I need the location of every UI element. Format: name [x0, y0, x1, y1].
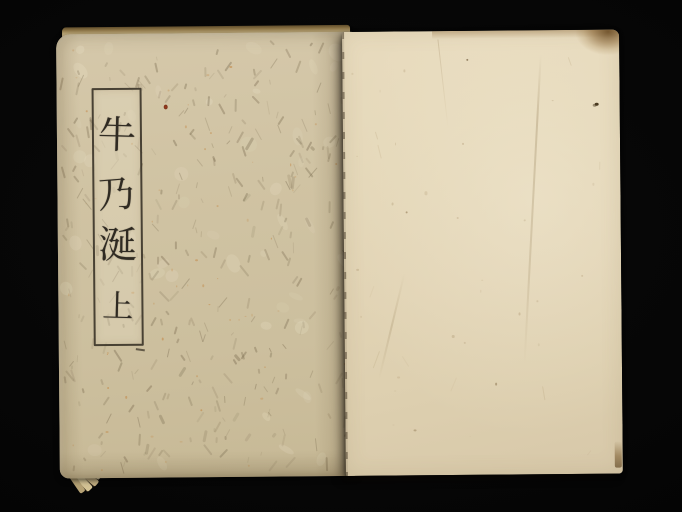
paper-fiber [393, 424, 395, 425]
paper-fiber [286, 456, 296, 467]
paper-fiber [538, 343, 541, 346]
paper-fiber [232, 412, 240, 422]
paper-fiber [151, 436, 153, 438]
paper-fiber [351, 73, 353, 74]
page-crease [437, 39, 448, 129]
paper-fiber [238, 319, 239, 321]
paper-fiber [268, 181, 284, 198]
paper-fiber [309, 42, 313, 46]
paper-fiber [209, 355, 213, 360]
paper-fiber [68, 294, 69, 297]
paper-fiber [162, 338, 164, 341]
paper-fiber [247, 219, 249, 221]
paper-fiber [192, 99, 195, 106]
paper-fiber [296, 277, 303, 287]
paper-fiber [587, 450, 591, 455]
paper-fiber [156, 214, 159, 223]
paper-fiber [217, 278, 218, 280]
paper-fiber [361, 316, 362, 318]
paper-fiber [425, 192, 427, 195]
paper-fiber [392, 203, 394, 205]
paper-fiber [135, 369, 140, 374]
paper-fiber [169, 290, 179, 301]
paper-fiber [278, 225, 284, 234]
paper-fiber [212, 143, 215, 148]
title-character-3: 涎 [99, 226, 137, 264]
paper-fiber [188, 396, 193, 406]
paper-fiber [252, 314, 253, 317]
paper-fiber [282, 344, 286, 349]
paper-fiber [196, 182, 198, 188]
paper-fiber [153, 401, 159, 411]
paper-fiber [398, 377, 400, 378]
paper-fiber [184, 249, 189, 256]
paper-fiber [327, 413, 331, 419]
paper-fiber [254, 347, 258, 354]
paper-fiber [463, 342, 465, 344]
paper-fiber [183, 84, 186, 91]
paper-fiber [201, 231, 203, 237]
paper-fiber [227, 140, 231, 144]
paper-fiber [75, 82, 79, 95]
red-stain-dot [164, 104, 168, 109]
paper-fiber [224, 94, 228, 98]
paper-fiber [107, 352, 110, 354]
paper-fiber [235, 99, 237, 112]
paper-fiber [252, 88, 261, 95]
paper-fiber [309, 311, 317, 320]
paper-fiber [231, 332, 235, 336]
paper-fiber [241, 119, 247, 125]
paper-fiber [309, 371, 313, 379]
paper-fiber [213, 247, 217, 258]
paper-fiber [302, 118, 309, 131]
paper-fiber [260, 452, 262, 456]
paper-fiber [64, 376, 67, 383]
paper-fiber [342, 378, 344, 388]
paper-fiber [104, 62, 108, 67]
paper-fiber [75, 134, 81, 147]
paper-fiber [72, 165, 77, 173]
paper-fiber [196, 159, 202, 167]
paper-fiber [186, 350, 192, 362]
paper-fiber [208, 304, 211, 306]
paper-fiber [190, 317, 195, 326]
paper-fiber [70, 222, 73, 229]
paper-fiber [187, 284, 188, 286]
paper-fiber [239, 265, 249, 277]
paper-fiber [266, 101, 270, 115]
paper-fiber [73, 49, 74, 51]
ink-speck [595, 103, 599, 106]
paper-fiber [153, 302, 154, 304]
paper-fiber [101, 469, 103, 472]
photo-stage: 牛 乃 涎 上 [0, 0, 682, 512]
paper-fiber [77, 402, 80, 407]
paper-fiber [246, 297, 250, 308]
paper-fiber [261, 321, 273, 330]
paper-fiber [213, 428, 215, 432]
title-character-1: 牛 [97, 115, 136, 154]
paper-fiber [73, 176, 79, 183]
paper-fiber [191, 382, 194, 386]
paper-fiber [519, 313, 520, 316]
paper-fiber [106, 431, 109, 433]
paper-fiber [315, 438, 318, 451]
paper-fiber [97, 432, 103, 439]
paper-fiber [171, 83, 180, 92]
paper-fiber [224, 252, 243, 274]
paper-fiber [276, 111, 279, 118]
paper-fiber [61, 235, 67, 242]
paper-fiber [61, 145, 67, 152]
paper-fiber [194, 87, 197, 92]
paper-fiber [328, 201, 330, 213]
paper-fiber [206, 229, 221, 240]
paper-fiber [270, 58, 278, 69]
paper-fiber [330, 288, 334, 294]
paper-fiber [293, 163, 298, 175]
paper-fiber [218, 103, 225, 114]
paper-fiber [536, 300, 538, 303]
paper-fiber [318, 42, 325, 54]
paper-fiber [216, 205, 218, 206]
paper-fiber [336, 138, 340, 147]
paper-fiber [211, 387, 218, 400]
paper-fiber [215, 437, 218, 443]
title-character-2: 乃 [96, 175, 136, 215]
paper-fiber [217, 306, 219, 313]
paper-fiber [326, 457, 328, 471]
page-corner-stain [569, 30, 619, 56]
paper-fiber [63, 341, 67, 351]
paper-fiber [268, 460, 278, 472]
paper-fiber [229, 319, 230, 321]
paper-fiber [189, 133, 196, 141]
paper-fiber [402, 356, 409, 367]
paper-fiber [264, 249, 271, 261]
paper-fiber [315, 110, 317, 115]
paper-fiber [117, 362, 122, 372]
paper-fiber [462, 143, 463, 145]
paper-fiber [277, 116, 284, 126]
ink-speck [406, 211, 408, 213]
paper-fiber [252, 162, 253, 164]
paper-fiber [103, 396, 110, 405]
page-crease [523, 54, 541, 364]
paper-fiber [75, 44, 87, 56]
paper-fiber [295, 60, 302, 73]
paper-fiber [277, 124, 282, 133]
paper-fiber [290, 164, 291, 167]
paper-fiber [61, 167, 66, 179]
paper-fiber [181, 278, 190, 289]
paper-fiber [147, 411, 150, 420]
paper-fiber [198, 379, 202, 384]
paper-fiber [278, 311, 280, 312]
paper-fiber [326, 341, 334, 350]
paper-fiber [114, 349, 123, 361]
paper-fiber [201, 198, 204, 203]
paper-fiber [289, 149, 295, 157]
paper-fiber [210, 133, 213, 135]
paper-fiber [80, 315, 84, 322]
paper-fiber [150, 317, 157, 327]
paper-fiber [244, 40, 265, 58]
paper-fiber [270, 40, 276, 46]
paper-fiber [404, 70, 406, 73]
paper-fiber [119, 70, 126, 77]
paper-fiber [251, 225, 256, 237]
paper-fiber [220, 259, 226, 269]
paper-fiber [155, 199, 162, 210]
paper-fiber [315, 124, 317, 125]
paper-fiber [327, 103, 331, 114]
paper-fiber [524, 219, 526, 221]
paper-fiber [244, 433, 251, 442]
title-slip: 牛 乃 涎 上 [92, 88, 144, 346]
paper-fiber [174, 326, 178, 335]
paper-fiber [207, 74, 209, 77]
paper-fiber [218, 297, 227, 308]
paper-fiber [395, 390, 396, 392]
paper-fiber [184, 107, 189, 113]
paper-fiber [138, 434, 141, 446]
ink-speck [414, 429, 417, 431]
paper-fiber [261, 200, 266, 210]
paper-fiber [128, 405, 135, 414]
paper-fiber [278, 443, 296, 457]
paper-fiber [248, 254, 252, 262]
paper-fiber [223, 373, 233, 384]
paper-fiber [336, 163, 338, 165]
page-bottom-right-stain [615, 442, 622, 468]
paper-fiber [216, 69, 223, 79]
paper-fiber [204, 322, 209, 332]
paper-fiber [202, 285, 204, 288]
paper-fiber [106, 413, 112, 423]
paper-fiber [356, 269, 359, 271]
paper-fiber [196, 376, 198, 378]
paper-fiber [107, 387, 109, 389]
paper-fiber [168, 90, 170, 92]
ink-speck [495, 383, 497, 386]
paper-fiber [245, 316, 247, 317]
paper-fiber [380, 90, 381, 92]
paper-fiber [159, 319, 163, 327]
paper-fiber [329, 221, 334, 230]
paper-fiber [159, 414, 165, 424]
paper-fiber [236, 177, 244, 187]
paper-fiber [289, 231, 292, 238]
paper-fiber [68, 235, 83, 253]
paper-fiber [307, 58, 319, 75]
paper-fiber [166, 393, 170, 399]
paper-fiber [275, 301, 290, 314]
paper-fiber [219, 449, 228, 458]
paper-fiber [66, 128, 74, 138]
paper-fiber [272, 377, 276, 384]
paper-fiber [567, 57, 571, 66]
paper-fiber [196, 411, 205, 422]
paper-fiber [72, 465, 75, 471]
paper-fiber [248, 465, 250, 467]
paper-fiber [57, 280, 74, 298]
paper-fiber [178, 367, 186, 377]
blank-page [342, 30, 623, 476]
paper-fiber [157, 257, 160, 265]
paper-fiber [356, 156, 358, 157]
paper-fiber [228, 186, 232, 196]
paper-fiber [318, 383, 323, 393]
paper-fiber [258, 369, 261, 374]
paper-fiber [374, 131, 377, 138]
paper-fiber [542, 386, 545, 400]
paper-fiber [395, 143, 396, 146]
paper-fiber [335, 285, 340, 291]
paper-fiber [232, 338, 237, 350]
paper-fiber [271, 237, 272, 239]
paper-fiber [109, 77, 111, 82]
paper-fiber [250, 316, 255, 323]
paper-fiber [339, 332, 342, 339]
paper-fiber [200, 251, 208, 259]
paper-fiber [592, 182, 594, 185]
paper-fiber [321, 146, 323, 151]
paper-fiber [145, 444, 149, 455]
paper-fiber [581, 275, 583, 277]
paper-fiber [180, 441, 182, 443]
paper-fiber [165, 310, 170, 315]
paper-fiber [137, 417, 141, 428]
paper-fiber [171, 268, 173, 271]
paper-fiber [77, 187, 84, 198]
paper-fiber [269, 352, 272, 358]
paper-fiber [229, 66, 232, 68]
paper-fiber [264, 366, 266, 367]
paper-fiber [172, 200, 179, 211]
paper-fiber [244, 397, 247, 406]
paper-fiber [457, 217, 459, 219]
ink-speck [466, 59, 468, 61]
book-cover: 牛 乃 涎 上 [56, 32, 357, 479]
paper-fiber [263, 386, 268, 392]
paper-fiber [158, 291, 169, 302]
paper-fiber [100, 379, 104, 386]
paper-fiber [222, 417, 226, 422]
paper-fiber [73, 444, 74, 446]
paper-fiber [86, 110, 88, 112]
paper-fiber [176, 338, 180, 344]
paper-fiber [255, 129, 263, 141]
paper-fiber [151, 148, 156, 155]
paper-fiber [292, 243, 294, 254]
paper-fiber [275, 388, 280, 395]
paper-fiber [204, 148, 206, 150]
paper-fiber [216, 400, 221, 411]
paper-fiber [229, 126, 234, 134]
paper-fiber [309, 146, 314, 151]
paper-fiber [251, 95, 259, 104]
paper-fiber [160, 189, 162, 194]
paper-fiber [150, 359, 158, 371]
paper-fiber [482, 279, 484, 280]
paper-fiber [103, 41, 113, 55]
paper-fiber [175, 241, 177, 249]
paper-fiber [126, 396, 128, 398]
paper-fiber [317, 82, 322, 92]
paper-fiber [294, 184, 302, 193]
paper-fiber [66, 218, 69, 227]
paper-fiber [287, 258, 292, 267]
paper-fiber [82, 169, 85, 176]
paper-fiber [305, 158, 311, 165]
paper-fiber [273, 235, 279, 248]
paper-fiber [164, 94, 171, 103]
paper-fiber [224, 396, 225, 403]
paper-fiber [195, 227, 198, 233]
paper-fiber [146, 385, 153, 393]
paper-fiber [269, 79, 271, 84]
paper-fiber [189, 437, 192, 442]
page-crease [378, 273, 406, 380]
book: 牛 乃 涎 上 [54, 28, 626, 483]
paper-fiber [178, 110, 184, 117]
paper-fiber [144, 75, 152, 85]
volume-character: 上 [102, 292, 134, 324]
paper-fiber [75, 77, 77, 79]
paper-fiber [83, 457, 87, 462]
paper-fiber [480, 290, 481, 292]
paper-fiber [100, 441, 103, 446]
paper-fiber [59, 77, 63, 90]
paper-fiber [369, 286, 374, 298]
paper-fiber [162, 449, 170, 458]
paper-fiber [173, 140, 178, 147]
paper-fiber [451, 377, 458, 391]
paper-fiber [156, 56, 158, 60]
paper-fiber [188, 104, 189, 105]
paper-fiber [377, 145, 381, 159]
paper-fiber [288, 291, 304, 302]
paper-fiber [152, 224, 159, 232]
paper-fiber [247, 457, 249, 463]
paper-fiber [76, 355, 78, 362]
paper-fiber [175, 184, 180, 194]
paper-fiber [285, 48, 291, 58]
paper-fiber [185, 125, 188, 128]
paper-fiber [294, 176, 296, 177]
paper-fiber [469, 435, 470, 436]
paper-fiber [107, 354, 108, 356]
paper-fiber [176, 285, 177, 287]
paper-fiber [226, 429, 231, 436]
paper-fiber [599, 161, 600, 169]
paper-fiber [285, 374, 287, 380]
paper-fiber [178, 194, 179, 199]
paper-fiber [147, 447, 156, 460]
paper-fiber [209, 72, 215, 79]
paper-fiber [332, 294, 337, 300]
paper-fiber [373, 351, 380, 368]
paper-fiber [203, 444, 213, 456]
paper-fiber [262, 176, 264, 181]
paper-fiber [216, 49, 219, 55]
paper-fiber [552, 100, 554, 102]
paper-fiber [195, 259, 198, 261]
paper-fiber [214, 406, 216, 412]
paper-fiber [202, 430, 207, 442]
